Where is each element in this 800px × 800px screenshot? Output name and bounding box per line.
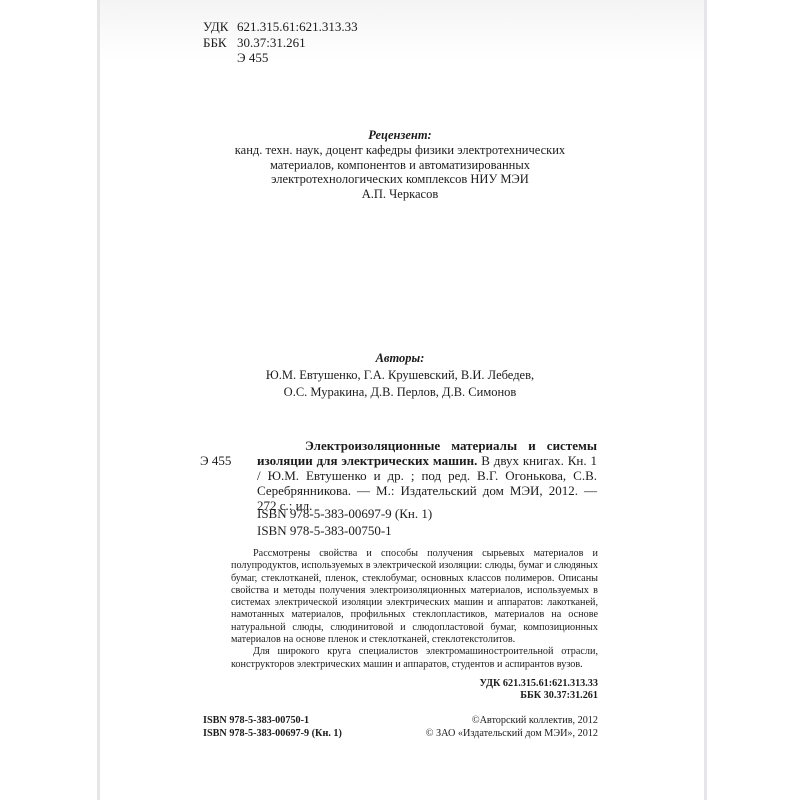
authors-line: Ю.М. Евтушенко, Г.А. Крушевский, В.И. Ле… — [235, 367, 565, 384]
footer-isbn-line: ISBN 978-5-383-00697-9 (Кн. 1) — [203, 728, 342, 741]
isbn-line: ISBN 978-5-383-00697-9 (Кн. 1) — [257, 505, 432, 522]
abstract-paragraph: Рассмотрены свойства и способы получения… — [231, 548, 598, 646]
copyright-block: ©Авторский коллектив, 2012 © ЗАО «Издате… — [390, 715, 598, 740]
udk-value: 621.315.61:621.313.33 — [237, 19, 358, 35]
abstract: Рассмотрены свойства и способы получения… — [231, 548, 598, 671]
authors-block: Авторы: Ю.М. Евтушенко, Г.А. Крушевский,… — [235, 350, 565, 401]
author-sign: Э 455 — [237, 50, 268, 66]
reviewer-line: материалов, компонентов и автоматизирова… — [230, 158, 570, 173]
bibliographic-index-code: Э 455 — [200, 453, 231, 468]
isbn-block: ISBN 978-5-383-00697-9 (Кн. 1) ISBN 978-… — [257, 505, 432, 539]
bbk-row: ББК 30.37:31.261 — [203, 35, 358, 51]
authors-line: О.С. Муракина, Д.В. Перлов, Д.В. Симонов — [235, 384, 565, 401]
classification-block: УДК 621.315.61:621.313.33 ББК 30.37:31.2… — [203, 19, 358, 66]
udk-row: УДК 621.315.61:621.313.33 — [203, 19, 358, 35]
abstract-paragraph: Для широкого круга специалистов электром… — [231, 646, 598, 671]
udk-label: УДК — [203, 19, 237, 35]
reviewer-block: Рецензент: канд. техн. наук, доцент кафе… — [230, 128, 570, 202]
bbk-value: 30.37:31.261 — [237, 35, 306, 51]
bbk-label: ББК — [203, 35, 237, 51]
reviewer-line: канд. техн. наук, доцент кафедры физики … — [230, 143, 570, 158]
author-sign-row: Э 455 — [203, 50, 358, 66]
isbn-line: ISBN 978-5-383-00750-1 — [257, 522, 432, 539]
classification-bottom: УДК 621.315.61:621.313.33 ББК 30.37:31.2… — [436, 678, 598, 701]
reviewer-line: электротехнологических комплексов НИУ МЭ… — [230, 172, 570, 187]
udk-bottom: УДК 621.315.61:621.313.33 — [436, 678, 598, 690]
book-page: УДК 621.315.61:621.313.33 ББК 30.37:31.2… — [100, 0, 704, 800]
footer-isbn-line: ISBN 978-5-383-00750-1 — [203, 715, 342, 728]
reviewer-heading: Рецензент: — [230, 128, 570, 143]
page-right-edge — [704, 0, 707, 800]
bbk-bottom: ББК 30.37:31.261 — [436, 690, 598, 702]
copyright-line: ©Авторский коллектив, 2012 — [390, 715, 598, 728]
footer-isbn: ISBN 978-5-383-00750-1 ISBN 978-5-383-00… — [203, 715, 342, 740]
reviewer-name: А.П. Черкасов — [230, 187, 570, 202]
copyright-line: © ЗАО «Издательский дом МЭИ», 2012 — [390, 728, 598, 741]
bibliographic-description: Электроизоляционные материалы и системы … — [257, 438, 597, 513]
authors-heading: Авторы: — [235, 350, 565, 367]
